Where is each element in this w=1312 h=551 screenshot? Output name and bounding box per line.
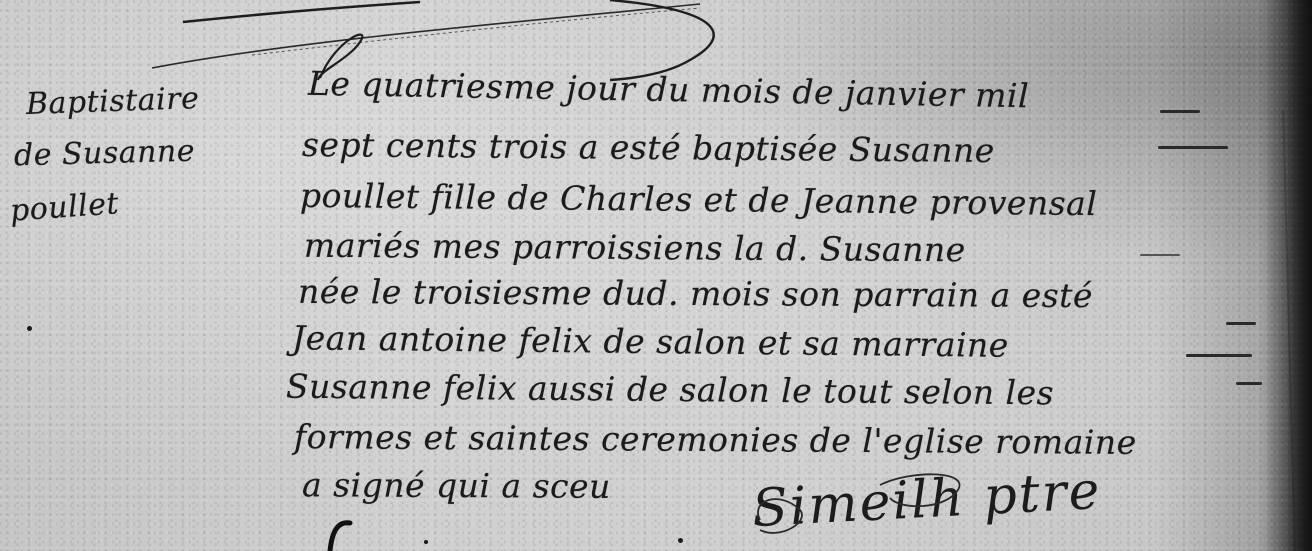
line-filler-dash: [1140, 254, 1180, 256]
body-line-5: née le troisiesme dud. mois son parrain …: [298, 272, 1093, 315]
body-line-2: sept cents trois a esté baptisée Susanne: [302, 125, 995, 170]
binding-edge: [1266, 0, 1312, 551]
page-fold-line: [1282, 110, 1296, 551]
line-filler-dash: [1236, 382, 1262, 385]
line-filler-dash: [1226, 322, 1256, 325]
body-line-9: a signé qui a sceu: [302, 465, 611, 506]
body-line-3: poullet fille de Charles et de Jeanne pr…: [300, 176, 1098, 223]
ink-speck: [27, 326, 32, 331]
body-line-1: Le quatriesme jour du mois de janvier mi…: [308, 64, 1030, 116]
body-line-7: Susanne felix aussi de salon le tout sel…: [286, 367, 1054, 413]
ink-speck: [678, 538, 683, 543]
line-filler-dash: [1160, 110, 1200, 113]
margin-note-line-3: poullet: [8, 180, 120, 235]
next-entry-stroke: [320, 515, 360, 551]
margin-note-line-2: de Susanne: [13, 128, 195, 181]
body-line-4: mariés mes parroissiens la d. Susanne: [304, 226, 966, 270]
margin-note-line-1: Baptistaire: [25, 75, 200, 129]
body-line-6: Jean antoine felix de salon et sa marrai…: [292, 318, 1009, 365]
ink-speck: [424, 540, 428, 544]
line-filler-dash: [1186, 354, 1252, 357]
document-page: Baptistaire de Susanne poullet Le quatri…: [0, 0, 1312, 551]
line-filler-dash: [1158, 146, 1228, 149]
priest-signature: Simeilh ptre: [751, 461, 1103, 539]
body-line-8: formes et saintes ceremonies de l'eglise…: [294, 417, 1137, 462]
